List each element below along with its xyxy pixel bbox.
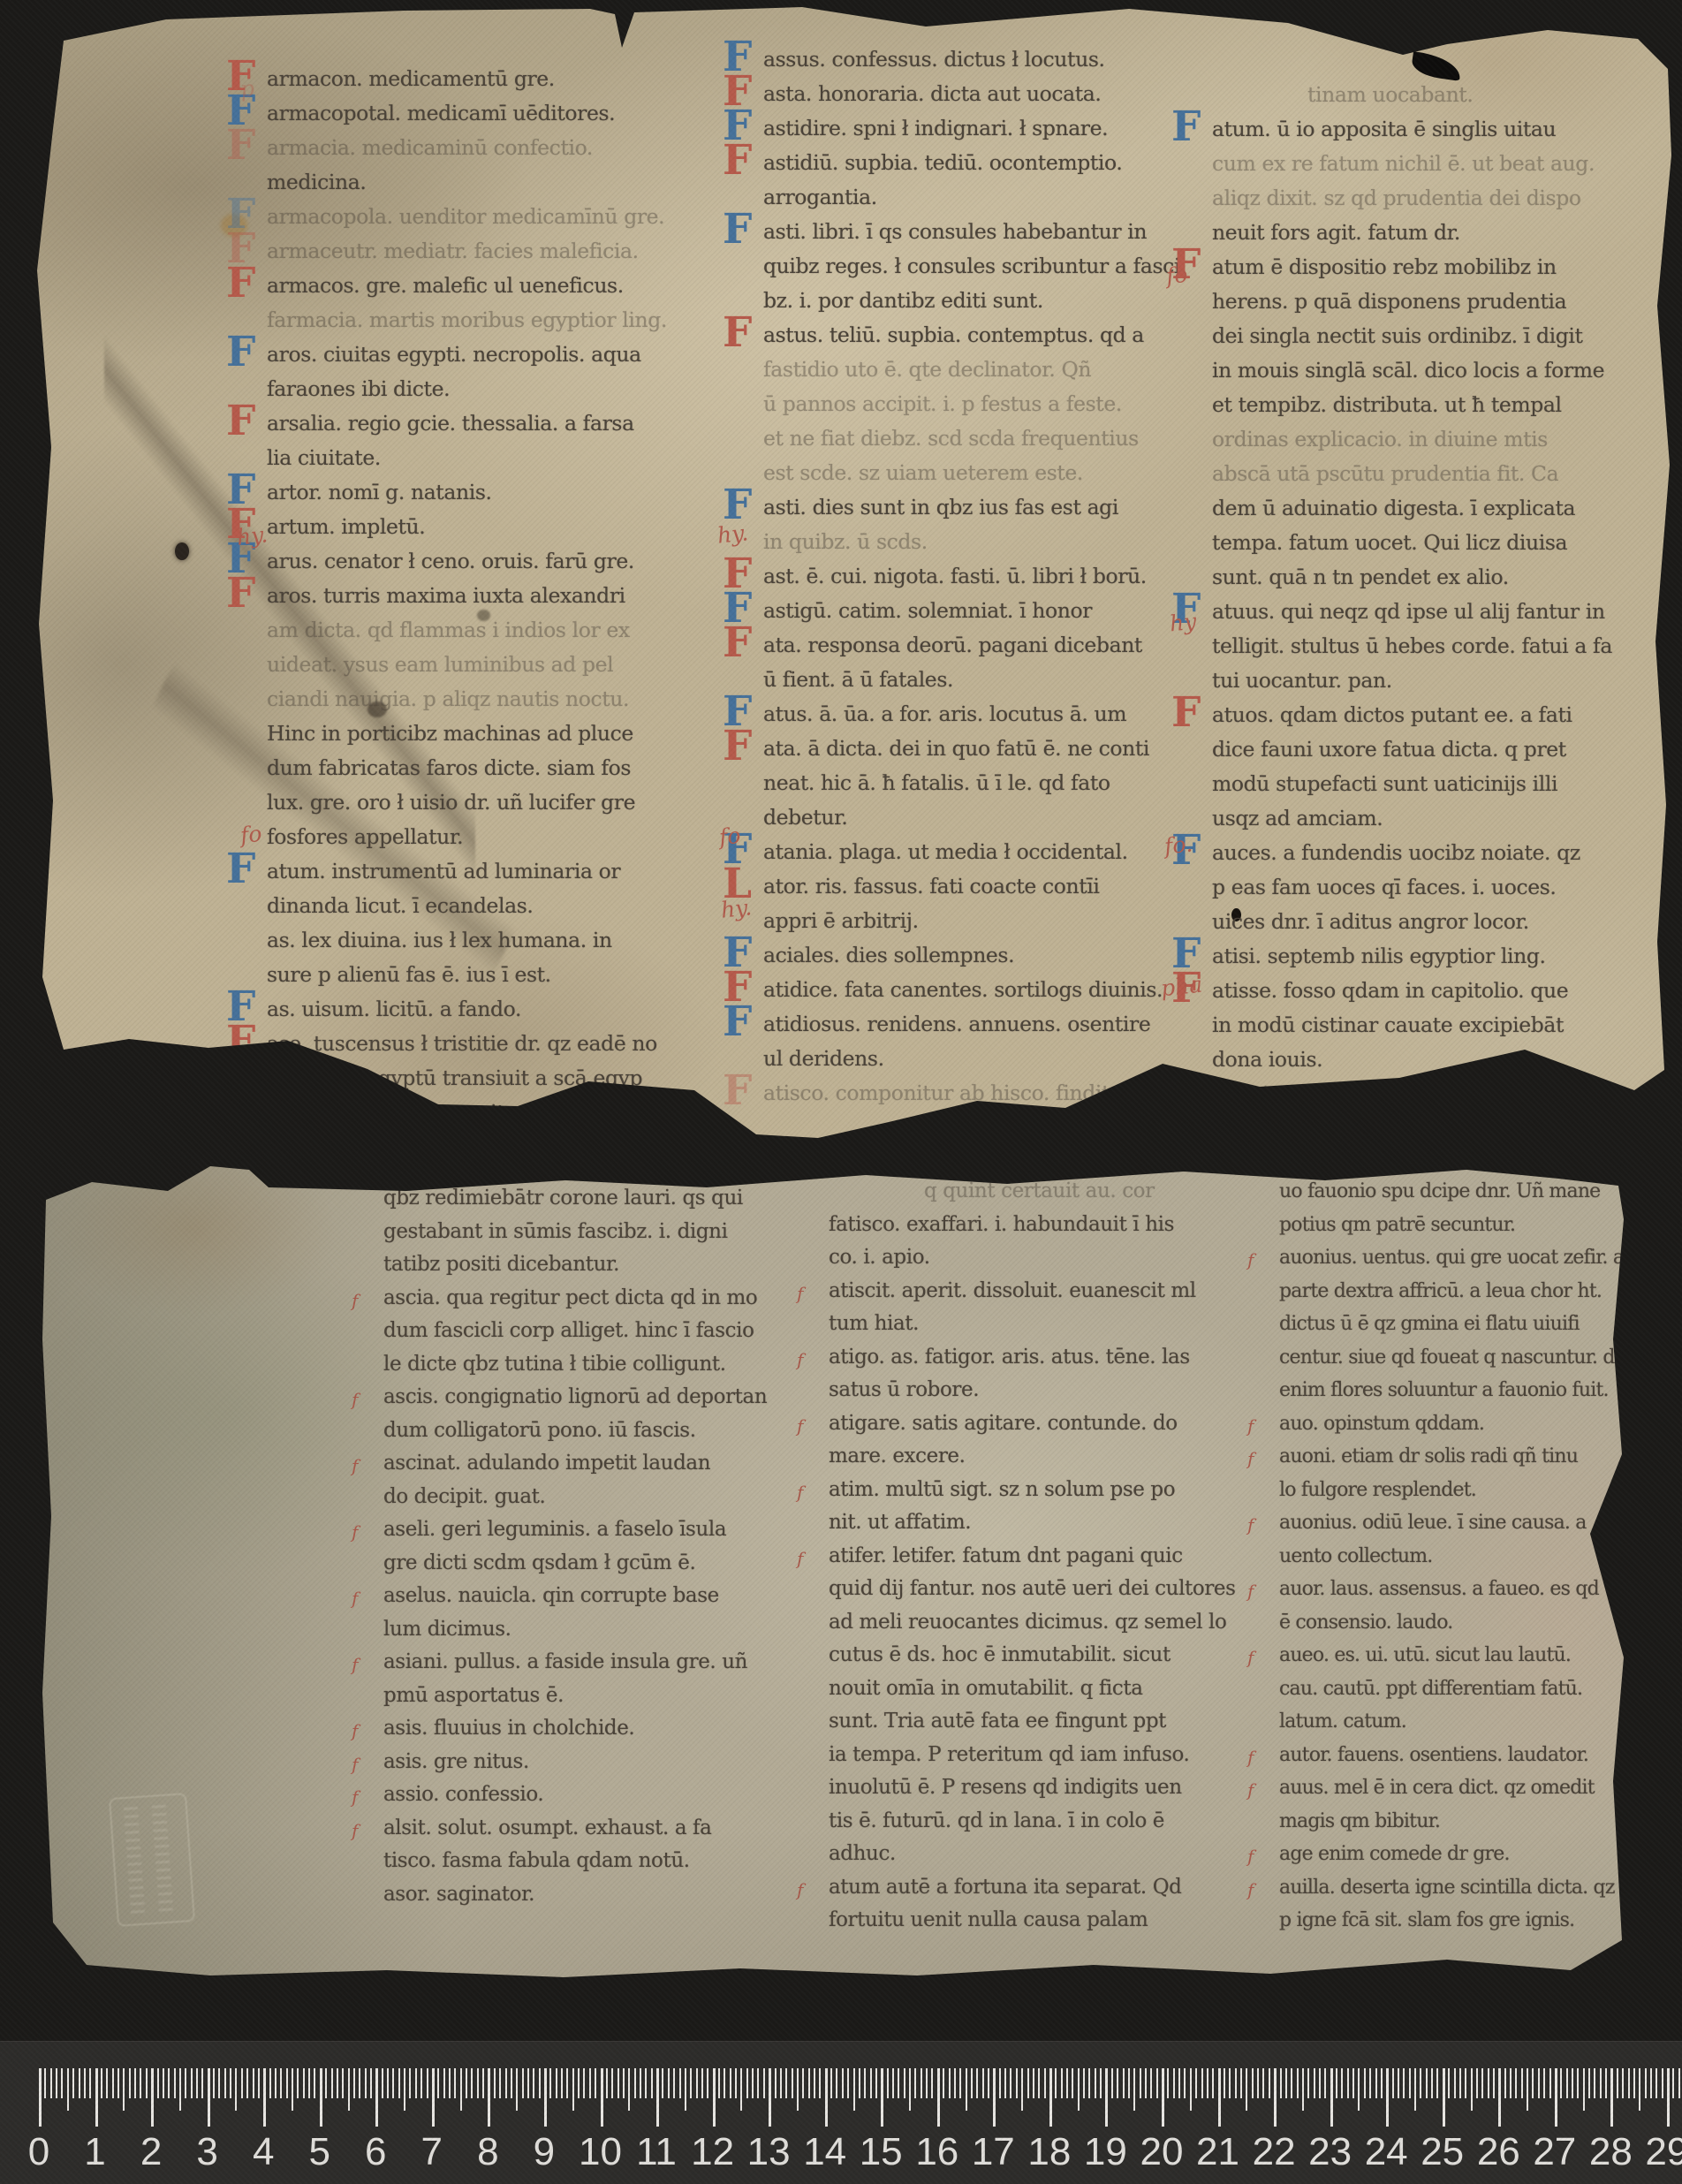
- ruler-tick: [881, 2068, 883, 2127]
- ruler-tick: [297, 2068, 299, 2098]
- line-text: asiani. pullus. a faside insula gre. uñ: [383, 1650, 747, 1673]
- ruler-tick: [1078, 2068, 1080, 2111]
- ruler-tick: [976, 2068, 978, 2098]
- ruler-tick: [656, 2068, 659, 2127]
- ruler-tick: [1431, 2068, 1433, 2098]
- line-text: atigo. as. fatigor. aris. atus. tēne. la…: [829, 1346, 1190, 1369]
- manuscript-line: ē consensio. laudo.: [1279, 1606, 1655, 1640]
- manuscript-line: satus ū robore.: [829, 1374, 1244, 1407]
- ruler-tick: [589, 2068, 591, 2098]
- ruler-tick: [713, 2068, 716, 2127]
- ruler-tick: [780, 2068, 782, 2098]
- marginal-note: hy.: [1165, 1065, 1199, 1093]
- marginal-note: hy: [1169, 608, 1198, 636]
- ruler-tick: [208, 2068, 210, 2127]
- line-text: aseli. geri leguminis. a faselo īsula: [383, 1518, 726, 1541]
- manuscript-line: dum colligatorū pono. iū fascis.: [383, 1414, 843, 1448]
- ruler-tick: [320, 2068, 322, 2127]
- margin-letter: f: [1247, 1774, 1254, 1808]
- margin-letter: f: [1247, 1874, 1254, 1907]
- ruler-tick: [578, 2068, 580, 2098]
- ruler-tick: [522, 2068, 524, 2098]
- manuscript-line: lum dicimus.: [383, 1613, 843, 1647]
- ruler-tick: [1140, 2068, 1141, 2098]
- manuscript-line: dum fascicli corp alliget. hinc ī fascio: [383, 1315, 843, 1348]
- ruler-tick: [1538, 2068, 1540, 2098]
- margin-letter: f: [1247, 1840, 1254, 1874]
- ruler-tick: [752, 2068, 754, 2098]
- ruler-tick: [427, 2068, 428, 2098]
- manuscript-line: fatisco. exaffari. i. habundauit ī his: [829, 1209, 1244, 1242]
- manuscript-line: le dicte qbz tutina ł tibie colligunt.: [383, 1348, 843, 1382]
- ruler-tick: [1033, 2068, 1034, 2098]
- ruler-tick: [651, 2068, 653, 2098]
- margin-letter: f: [1247, 1509, 1254, 1543]
- line-text: uo fauonio spu dcipe dnr. Uñ mane: [1279, 1180, 1600, 1202]
- margin-letter: f: [1247, 1741, 1254, 1775]
- manuscript-line: q quint certauit au. cor: [829, 1175, 1244, 1209]
- line-text: ia tempa. P reteritum qd iam infuso.: [829, 1743, 1189, 1766]
- ruler-tick: [1577, 2068, 1579, 2098]
- line-text: atum autē a fortuna ita separat. Qd: [829, 1876, 1181, 1899]
- ruler-tick: [1269, 2068, 1270, 2098]
- ruler-tick: [353, 2068, 355, 2098]
- manuscript-line: fauonius. uentus. qui gre uocat zefir. a: [1279, 1241, 1655, 1275]
- ruler-tick: [1274, 2068, 1277, 2127]
- measuring-ruler: 0123456789101112131415161718192021222324…: [0, 2041, 1682, 2184]
- ruler-tick: [106, 2068, 108, 2098]
- margin-letter: f: [352, 1715, 358, 1748]
- manuscript-line: fassio. confessio.: [383, 1778, 843, 1812]
- manuscript-line: fautor. fauens. osentiens. laudator.: [1279, 1739, 1655, 1772]
- manuscript-line: centur. siue qd foueat q nascuntur. dust: [1279, 1341, 1655, 1375]
- marginal-note: fo.: [1163, 830, 1194, 859]
- ruler-tick: [1145, 2068, 1147, 2098]
- manuscript-line: sunt. Tria autē fata ee fingunt ppt: [829, 1705, 1244, 1739]
- ruler-tick: [668, 2068, 670, 2098]
- ruler-tick: [1016, 2068, 1018, 2098]
- ruler-tick: [696, 2068, 698, 2098]
- ruler-tick: [870, 2068, 872, 2098]
- ruler-tick: [999, 2068, 1001, 2098]
- ruler-tick: [1066, 2068, 1068, 2098]
- ruler-tick: [1633, 2068, 1635, 2098]
- manuscript-line: enim flores soluuntur a fauonio fuit.: [1279, 1374, 1655, 1407]
- ruler-tick: [1061, 2068, 1063, 2098]
- ruler-tick: [792, 2068, 793, 2098]
- ruler-tick: [634, 2068, 636, 2098]
- ruler-tick: [1381, 2068, 1383, 2098]
- ruler-tick: [39, 2068, 42, 2127]
- ruler-tick: [1392, 2068, 1394, 2098]
- ruler-tick: [988, 2068, 989, 2098]
- line-text: aueo. es. ui. utū. sicut lau lautū.: [1279, 1644, 1571, 1666]
- ruler-tick: [690, 2068, 692, 2098]
- ruler-tick: [1510, 2068, 1512, 2098]
- ruler-tick: [213, 2068, 215, 2098]
- line-text: auonios. uetis uocabant: [1212, 1081, 1454, 1106]
- manuscript-line: tum hiat.: [829, 1308, 1244, 1341]
- ruler-tick: [1049, 2068, 1052, 2127]
- ruler-tick: [1465, 2068, 1466, 2098]
- ruler-tick: [235, 2068, 237, 2111]
- line-text: lum dicimus.: [383, 1618, 511, 1641]
- ruler-tick: [1650, 2068, 1652, 2098]
- line-text: ascis. congignatio lignorū ad deportan: [383, 1385, 767, 1408]
- ruler-tick: [477, 2068, 479, 2098]
- ruler-tick: [1184, 2068, 1186, 2098]
- ruler-tick: [168, 2068, 170, 2098]
- ruler-tick: [1010, 2068, 1011, 2098]
- ruler-label: 20: [1133, 2130, 1190, 2174]
- ruler-tick: [84, 2068, 86, 2098]
- manuscript-line: pmū asportatus ē.: [383, 1680, 843, 1713]
- ruler-tick: [724, 2068, 725, 2098]
- ruler-label: 26: [1470, 2130, 1527, 2174]
- ruler-tick: [1476, 2068, 1478, 2098]
- ruler-tick: [1426, 2068, 1428, 2098]
- ruler-tick: [836, 2068, 837, 2098]
- ruler-tick: [1369, 2068, 1371, 2098]
- ruler-tick: [337, 2068, 338, 2098]
- line-text: tisco. fasma fabula qdam notū.: [383, 1849, 690, 1872]
- ruler-tick: [404, 2068, 405, 2111]
- ruler-tick: [1212, 2068, 1214, 2098]
- margin-letter: f: [797, 1543, 803, 1576]
- margin-letter: f: [352, 1815, 358, 1848]
- ruler-tick: [1307, 2068, 1309, 2098]
- ruler-tick: [1498, 2068, 1501, 2127]
- ruler-tick: [819, 2068, 821, 2098]
- manuscript-line: fatiscit. aperit. dissoluit. euanescit m…: [829, 1275, 1244, 1308]
- manuscript-line: dictus ū ē qz gmina ei flatu uiuifi: [1279, 1308, 1655, 1341]
- margin-letter: f: [352, 1582, 358, 1616]
- ruler-tick: [527, 2068, 529, 2098]
- manuscript-line: fasis. gre nitus.: [383, 1746, 843, 1779]
- ruler-label: 6: [347, 2130, 404, 2174]
- margin-letter: f: [352, 1649, 358, 1682]
- manuscript-line: nouit omīa in omutabilit. q ficta: [829, 1672, 1244, 1706]
- ruler-label: 16: [909, 2130, 966, 2174]
- margin-letter: f: [797, 1476, 803, 1510]
- manuscript-line: faueo. es. ui. utū. sicut lau lautū.: [1279, 1639, 1655, 1672]
- ruler-tick: [1532, 2068, 1534, 2098]
- ruler-tick: [797, 2068, 799, 2111]
- ruler-tick: [72, 2068, 74, 2098]
- ruler-tick: [572, 2068, 574, 2111]
- ruler-tick: [1471, 2068, 1473, 2111]
- ruler-tick: [1240, 2068, 1242, 2098]
- manuscript-line: fasis. fluuius in cholchide.: [383, 1712, 843, 1746]
- ruler-tick: [825, 2068, 828, 2127]
- ruler-tick: [864, 2068, 866, 2098]
- ruler-tick: [1111, 2068, 1113, 2098]
- ruler-tick: [516, 2068, 518, 2111]
- ruler-tick: [1150, 2068, 1152, 2098]
- ruler-tick: [1617, 2068, 1618, 2098]
- ruler-tick: [993, 2068, 996, 2127]
- manuscript-line: qbz redimiebātr corone lauri. qs qui: [383, 1182, 843, 1216]
- ruler-tick: [101, 2068, 102, 2098]
- ruler-tick: [505, 2068, 507, 2098]
- margin-letter: f: [352, 1450, 358, 1483]
- ruler-tick: [79, 2068, 80, 2098]
- ruler-tick: [1594, 2068, 1595, 2098]
- ruler-tick: [1027, 2068, 1029, 2098]
- ruler-tick: [583, 2068, 585, 2098]
- ruler-tick: [769, 2068, 771, 2127]
- margin-letter: f: [352, 1285, 358, 1318]
- ruler-tick: [1572, 2068, 1573, 2098]
- ruler-tick: [218, 2068, 220, 2098]
- ruler-tick: [1667, 2068, 1670, 2127]
- manuscript-line: co. i. apio.: [829, 1241, 1244, 1275]
- ruler-tick: [415, 2068, 417, 2098]
- ruler-tick: [1173, 2068, 1175, 2098]
- ruler-tick: [735, 2068, 737, 2098]
- ruler-tick: [314, 2068, 315, 2098]
- ruler-tick: [1605, 2068, 1607, 2098]
- line-text: auo. opinstum qddam.: [1279, 1413, 1484, 1435]
- manuscript-line: ad meli reuocantes dicimus. qz semel lo: [829, 1606, 1244, 1640]
- ruler-label: 5: [292, 2130, 348, 2174]
- ruler-tick: [1280, 2068, 1282, 2098]
- line-text: atim. multū sigt. sz n solum pse po: [829, 1478, 1175, 1501]
- ruler-label: 22: [1246, 2130, 1302, 2174]
- line-text: autor. fauens. osentiens. laudator.: [1279, 1744, 1588, 1766]
- line-text: p igne fcā sit. slam fos gre ignis.: [1279, 1909, 1574, 1931]
- line-text: centur. siue qd foueat q nascuntur. dust: [1279, 1346, 1643, 1369]
- manuscript-line: fauilla. deserta igne scintilla dicta. q…: [1279, 1871, 1655, 1905]
- ruler-label: 17: [965, 2130, 1021, 2174]
- ruler-tick: [460, 2068, 462, 2111]
- line-text: dum fascicli corp alliget. hinc ī fascio: [383, 1319, 754, 1342]
- ruler-tick: [595, 2068, 596, 2098]
- margin-letter: f: [352, 1384, 358, 1417]
- ruler-tick: [926, 2068, 928, 2098]
- ruler-tick: [814, 2068, 815, 2098]
- manuscript-line: fatim. multū sigt. sz n solum pse po: [829, 1474, 1244, 1507]
- ruler-tick: [853, 2068, 855, 2111]
- ruler-tick: [454, 2068, 456, 2098]
- line-text: atifer. letifer. fatum dnt pagani quic: [829, 1544, 1183, 1567]
- margin-letter: f: [1247, 1575, 1254, 1609]
- ruler-tick: [191, 2068, 193, 2098]
- ruler-tick: [1515, 2068, 1517, 2098]
- ruler-tick: [241, 2068, 243, 2098]
- ruler-tick: [808, 2068, 810, 2098]
- ruler-label: 25: [1414, 2130, 1471, 2174]
- marginal-note: hy.: [236, 521, 269, 550]
- ruler-tick: [1645, 2068, 1647, 2098]
- line-text: gestabant in sūmis fascibz. i. digni: [383, 1220, 728, 1243]
- ruler-tick: [1167, 2068, 1169, 2098]
- ruler-tick: [1235, 2068, 1237, 2098]
- ruler-tick: [1117, 2068, 1118, 2098]
- ruler-tick: [830, 2068, 832, 2098]
- ruler-tick: [921, 2068, 922, 2098]
- text-column-2: q quint certauit au. corfatisco. exaffar…: [829, 1175, 1244, 1938]
- manuscript-line: potius qm patrē secuntur.: [1279, 1209, 1655, 1242]
- ruler-tick: [539, 2068, 541, 2098]
- ruler-tick: [471, 2068, 473, 2098]
- ruler-tick: [157, 2068, 159, 2098]
- line-text: enim flores soluuntur a fauonio fuit.: [1279, 1379, 1609, 1401]
- margin-letter: f: [797, 1344, 803, 1377]
- ruler-label: 10: [572, 2130, 629, 2174]
- ruler-tick: [1105, 2068, 1108, 2127]
- ruler-tick: [707, 2068, 708, 2098]
- ruler-tick: [1521, 2068, 1523, 2098]
- ruler-tick: [1201, 2068, 1203, 2098]
- line-text: atigare. satis agitare. contunde. do: [829, 1412, 1178, 1435]
- ruler-tick: [1588, 2068, 1590, 2098]
- manuscript-line: gestabant in sūmis fascibz. i. digni: [383, 1216, 843, 1249]
- ruler-tick: [1678, 2068, 1680, 2098]
- ruler-label: 12: [685, 2130, 741, 2174]
- ruler-tick: [1072, 2068, 1073, 2098]
- ruler-tick: [280, 2068, 282, 2098]
- ruler-label: 14: [797, 2130, 853, 2174]
- line-text: dictus ū ē qz gmina ei flatu uiuifi: [1279, 1313, 1580, 1335]
- line-text: ad meli reuocantes dicimus. qz semel lo: [829, 1611, 1226, 1634]
- ruler-tick: [1454, 2068, 1456, 2098]
- ruler-tick: [1021, 2068, 1023, 2111]
- ruler-tick: [1297, 2068, 1299, 2098]
- manuscript-line: ia tempa. P reteritum qd iam infuso.: [829, 1739, 1244, 1772]
- ruler-tick: [67, 2068, 69, 2111]
- ruler-tick: [1543, 2068, 1545, 2098]
- ruler-tick: [1324, 2068, 1326, 2098]
- line-text: auor. laus. assensus. a faueo. es qd: [1279, 1578, 1599, 1600]
- ruler-tick: [95, 2068, 98, 2127]
- line-text: parte dextra affricū. a leua chor ht.: [1279, 1280, 1602, 1302]
- ruler-tick: [746, 2068, 748, 2098]
- ruler-tick: [50, 2068, 52, 2098]
- ruler-tick: [914, 2068, 916, 2098]
- line-text: adhuc.: [829, 1842, 896, 1865]
- manuscript-line: p igne fcā sit. slam fos gre ignis.: [1279, 1904, 1655, 1938]
- ruler-tick: [549, 2068, 551, 2098]
- ruler-label: 24: [1358, 2130, 1414, 2174]
- ruler-tick: [611, 2068, 613, 2098]
- ruler-tick: [954, 2068, 956, 2098]
- manuscript-line: fascinat. adulando impetit laudan: [383, 1447, 843, 1481]
- ruler-tick: [1123, 2068, 1125, 2098]
- ruler-tick: [1156, 2068, 1158, 2098]
- manuscript-line: fortuitu uenit nulla causa palam: [829, 1904, 1244, 1938]
- ruler-tick: [662, 2068, 663, 2098]
- manuscript-line: fauus. mel ē in cera dict. qz omedit: [1279, 1771, 1655, 1805]
- text-column-3: uo fauonio spu dcipe dnr. Uñ manepotius …: [1279, 1175, 1655, 1938]
- ruler-tick: [875, 2068, 877, 2098]
- line-text: asor. saginator.: [383, 1883, 534, 1906]
- manuscript-line: fatigare. satis agitare. contunde. do: [829, 1407, 1244, 1441]
- ruler-tick: [201, 2068, 203, 2098]
- ruler-tick: [482, 2068, 484, 2098]
- marginal-note: hy.: [720, 894, 754, 922]
- ruler-tick: [1195, 2068, 1197, 2098]
- ruler-tick: [701, 2068, 703, 2098]
- manuscript-line: fascia. qua regitur pect dicta qd in mo: [383, 1282, 843, 1316]
- line-text: qbz redimiebātr corone lauri. qs qui: [383, 1187, 743, 1210]
- ruler-tick: [224, 2068, 226, 2098]
- ruler-tick: [1302, 2068, 1304, 2111]
- ruler-tick: [409, 2068, 411, 2098]
- ruler-tick: [185, 2068, 186, 2098]
- ruler-tick: [1459, 2068, 1461, 2098]
- ruler-tick: [718, 2068, 720, 2098]
- line-text: q quint certauit au. cor: [829, 1179, 1155, 1202]
- ruler-tick: [982, 2068, 984, 2098]
- line-text: nit. ut affatim.: [829, 1511, 971, 1534]
- ruler-tick: [359, 2068, 360, 2098]
- manuscript-photo: Farmacon. medicamentū gre.Farmacopotal. …: [0, 0, 1682, 2184]
- margin-letter: f: [1247, 1244, 1254, 1278]
- line-text: ascinat. adulando impetit laudan: [383, 1452, 710, 1475]
- ruler-tick: [937, 2068, 940, 2127]
- margin-letter: f: [1247, 1443, 1254, 1476]
- ruler-tick: [1555, 2068, 1557, 2127]
- manuscript-line: fasiani. pullus. a faside insula gre. uñ: [383, 1646, 843, 1680]
- ruler-tick: [348, 2068, 350, 2111]
- ruler-tick: [785, 2068, 787, 2098]
- ruler-tick: [601, 2068, 603, 2127]
- ruler-tick: [1246, 2068, 1247, 2111]
- ruler-tick: [1639, 2068, 1640, 2111]
- ruler-tick: [1330, 2068, 1333, 2127]
- manuscript-line: faseli. geri leguminis. a faselo īsula: [383, 1513, 843, 1547]
- ruler-tick: [1610, 2068, 1613, 2127]
- ruler-tick: [398, 2068, 400, 2098]
- ruler-tick: [685, 2068, 686, 2111]
- line-text: nouit omīa in omutabilit. q ficta: [829, 1677, 1143, 1700]
- manuscript-line: lo fulgore resplendet.: [1279, 1474, 1655, 1507]
- ruler-tick: [1100, 2068, 1102, 2098]
- ruler-tick: [904, 2068, 905, 2098]
- ruler-tick: [859, 2068, 860, 2098]
- line-text: tis ē. futurū. qd in lana. ī in colo ē: [829, 1809, 1164, 1832]
- ruler-tick: [1566, 2068, 1568, 2098]
- ruler-tick: [89, 2068, 91, 2098]
- line-text: tum hiat.: [829, 1312, 919, 1335]
- ruler-tick: [449, 2068, 451, 2098]
- manuscript-line: asor. saginator.: [383, 1878, 843, 1912]
- ruler-tick: [1443, 2068, 1445, 2127]
- ruler-tick: [1083, 2068, 1085, 2098]
- line-text: magis qm bibitur.: [1279, 1810, 1440, 1832]
- ruler-tick: [308, 2068, 310, 2098]
- ruler-tick: [466, 2068, 467, 2098]
- ruler-label: 18: [1021, 2130, 1078, 2174]
- line-text: mare. excere.: [829, 1445, 966, 1467]
- manuscript-line: tisco. fasma fabula qdam notū.: [383, 1845, 843, 1878]
- ruler-tick: [1481, 2068, 1483, 2098]
- ruler-tick: [292, 2068, 293, 2111]
- ruler-tick: [740, 2068, 742, 2111]
- ruler-tick: [325, 2068, 327, 2098]
- text-column-1: qbz redimiebātr corone lauri. qs quigest…: [383, 1182, 843, 1911]
- manuscript-line: quid dij fantur. nos autē ueri dei culto…: [829, 1573, 1244, 1606]
- line-text: ē consensio. laudo.: [1279, 1611, 1452, 1634]
- ruler-tick: [1336, 2068, 1337, 2098]
- ruler-tick: [1420, 2068, 1421, 2098]
- ruler-tick: [1190, 2068, 1192, 2111]
- ruler-tick: [140, 2068, 141, 2098]
- manuscript-line: fauoni. etiam dr solis radi qñ tinu: [1279, 1440, 1655, 1474]
- ruler-tick: [269, 2068, 271, 2098]
- ruler-tick: [1055, 2068, 1057, 2098]
